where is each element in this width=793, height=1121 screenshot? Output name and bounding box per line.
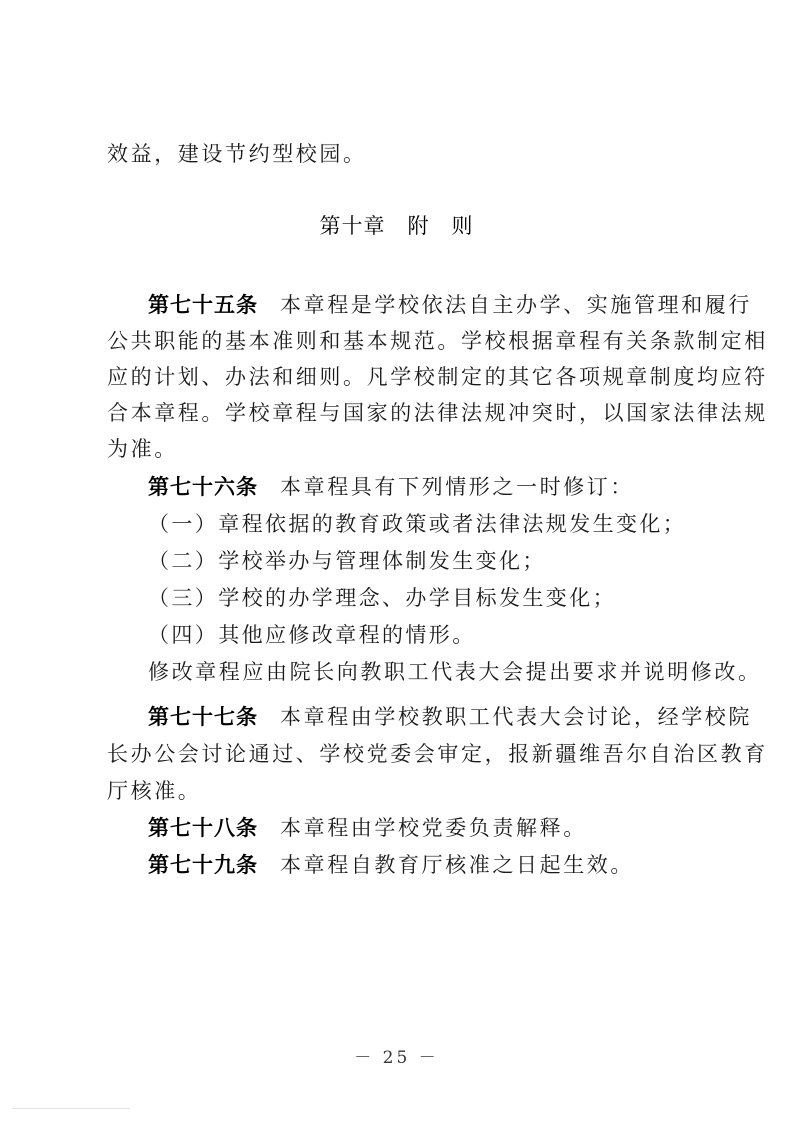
article-76-closing: 修改章程应由院长向教职工代表大会提出要求并说明修改。 xyxy=(148,658,738,686)
list-item: （二）学校举办与管理体制发生变化； xyxy=(148,547,738,575)
document-page: 效益，建设节约型校园。 第十章附则 第七十五条本章程是学校依法自主办学、实施管理… xyxy=(0,0,793,1121)
article-text: 本章程由学校教职工代表大会讨论，经学校院 xyxy=(280,705,752,729)
article-75-line: 为准。 xyxy=(107,435,697,463)
article-77-line: 长办公会讨论通过、学校党委会审定，报新疆维吾尔自治区教育 xyxy=(107,740,697,768)
article-label: 第七十八条 xyxy=(148,816,258,840)
article-77-line: 厅核准。 xyxy=(107,777,697,805)
article-text: 本章程由学校党委负责解释。 xyxy=(280,816,587,840)
article-label: 第七十六条 xyxy=(148,475,258,499)
chapter-title-part2: 则 xyxy=(452,214,474,238)
article-75-line: 公共职能的基本准则和基本规范。学校根据章程有关条款制定相 xyxy=(107,327,697,355)
scan-artifact-line xyxy=(12,1108,130,1109)
page-number: － 25 － xyxy=(0,1043,793,1068)
chapter-heading: 第十章附则 xyxy=(0,212,793,240)
article-78: 第七十八条本章程由学校党委负责解释。 xyxy=(148,814,738,842)
article-label: 第七十五条 xyxy=(148,293,258,317)
article-77-first-line: 第七十七条本章程由学校教职工代表大会讨论，经学校院 xyxy=(148,703,738,731)
article-label: 第七十七条 xyxy=(148,705,258,729)
article-text: 本章程自教育厅核准之日起生效。 xyxy=(280,853,634,877)
continuation-paragraph: 效益，建设节约型校园。 xyxy=(107,140,697,168)
article-75-line: 应的计划、办法和细则。凡学校制定的其它各项规章制度均应符 xyxy=(107,363,697,391)
article-text: 本章程具有下列情形之一时修订： xyxy=(280,475,634,499)
article-text: 本章程是学校依法自主办学、实施管理和履行 xyxy=(280,293,752,317)
article-75-line: 合本章程。学校章程与国家的法律法规冲突时，以国家法律法规 xyxy=(107,399,697,427)
list-item: （一）章程依据的教育政策或者法律法规发生变化； xyxy=(148,510,738,538)
article-75-first-line: 第七十五条本章程是学校依法自主办学、实施管理和履行 xyxy=(148,291,738,319)
list-item: （三）学校的办学理念、办学目标发生变化； xyxy=(148,584,738,612)
article-79: 第七十九条本章程自教育厅核准之日起生效。 xyxy=(148,851,738,879)
chapter-number: 第十章 xyxy=(320,214,386,238)
chapter-title-part1: 附 xyxy=(408,214,430,238)
article-76-first-line: 第七十六条本章程具有下列情形之一时修订： xyxy=(148,473,738,501)
list-item: （四）其他应修改章程的情形。 xyxy=(148,621,738,649)
article-label: 第七十九条 xyxy=(148,853,258,877)
